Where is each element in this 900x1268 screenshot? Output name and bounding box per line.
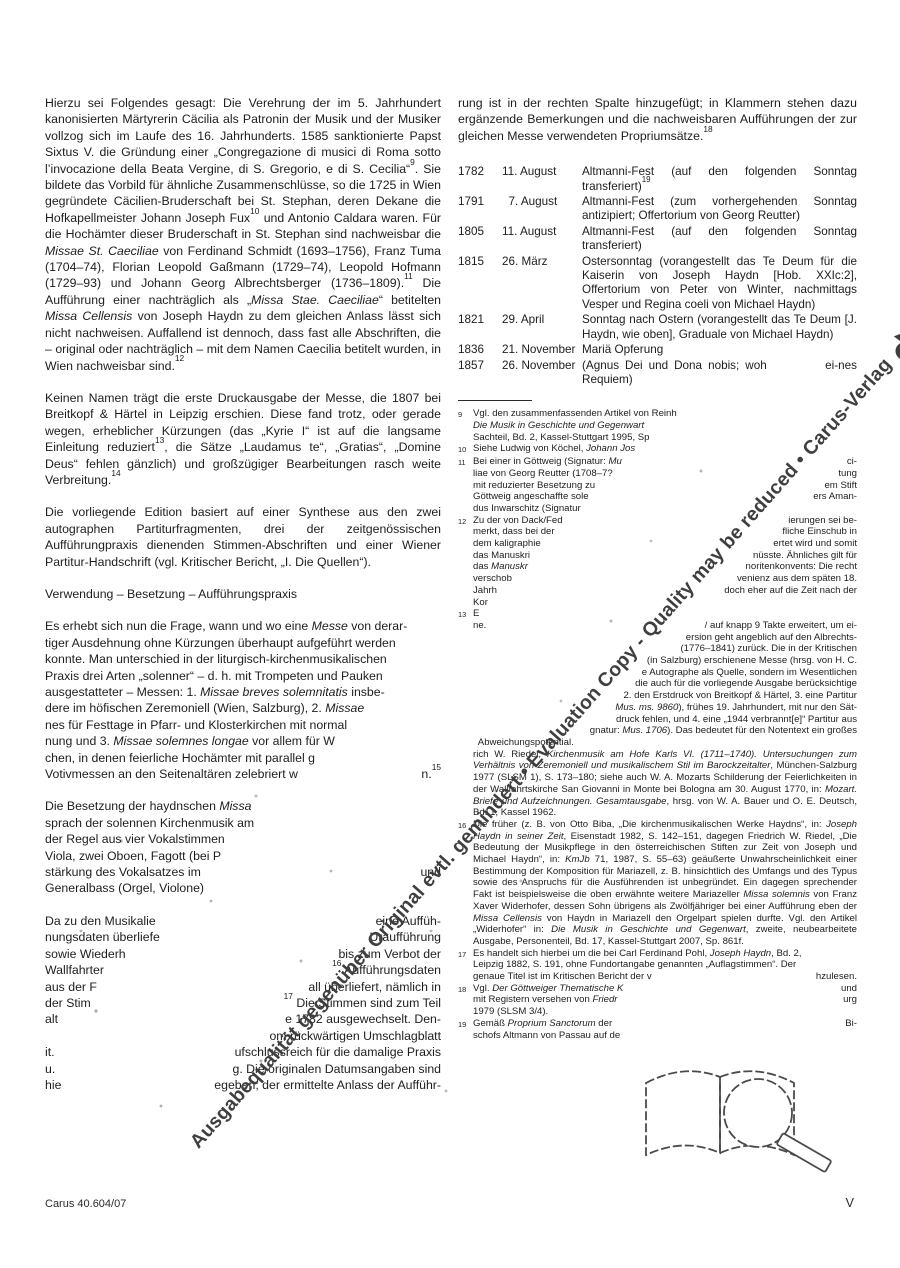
fragment-line: Viola, zwei Oboen, Fagott (bei P — [45, 848, 441, 864]
schedule-row: 178211. AugustAltmanni-Fest (auf den fol… — [458, 165, 857, 194]
fragment-left: der Regel aus vier Vokalstimmen — [45, 831, 225, 847]
fragment-left: Viola, zwei Oboen, Fagott (bei P — [45, 848, 221, 864]
schedule-row: 181526. MärzOstersonntag (vorangestellt … — [458, 255, 857, 313]
fragment-left: tiger Ausdehnung ohne Kürzungen überhaup… — [45, 635, 396, 651]
fragment-line: genaue Titel ist im Kritischen Bericht d… — [473, 971, 857, 983]
fragment-line: der Regel aus vier Vokalstimmen — [45, 831, 441, 847]
fragment-right: venienz aus dem späten 18. — [737, 573, 857, 585]
paragraph: Hierzu sei Folgendes gesagt: Die Verehru… — [45, 95, 441, 374]
schedule-row: 180511. AugustAltmanni-Fest (auf den fol… — [458, 225, 857, 254]
fragment-left: mit Registern versehen von Friedr — [473, 994, 618, 1006]
fragment-line: Die Besetzung der haydnschen Missa — [45, 798, 441, 814]
footnote-body: Vgl. Der Göttweiger Thematische Kundmit … — [473, 983, 857, 1018]
fragment-paragraph: Es erhebt sich nun die Frage, wann und w… — [45, 618, 441, 782]
fragment-left: sowie Wiederh — [45, 946, 126, 962]
fragment-left: E — [473, 608, 479, 620]
fragment-line: nes für Festtage in Pfarr- und Klosterki… — [45, 717, 441, 733]
footnote-body: Es handelt sich hierbei um die bei Carl … — [473, 948, 857, 983]
schedule-year: 1805 — [458, 225, 502, 254]
fragment-line: merkt, dass bei derfliche Einschub in — [473, 526, 857, 538]
fragment-left: Göttweig angeschaffte sole — [473, 491, 589, 503]
fragment-right: e Autographe als Quelle, sondern im Wese… — [642, 667, 857, 679]
fragment-left: stärkung des Vokalsatzes im — [45, 864, 201, 880]
paragraph: Keinen Namen trägt die erste Druckausgab… — [45, 390, 441, 488]
fragment-line: gnatur: Mus. 1706). Das bedeutet für den… — [473, 725, 857, 737]
fragment-line: stärkung des Vokalsatzes imund — [45, 864, 441, 880]
fragment-line: chen, in denen feierliche Hochämter mit … — [45, 750, 441, 766]
fragment-right: doch eher auf die Zeit nach der — [724, 585, 857, 597]
fragment-left: merkt, dass bei der — [473, 526, 555, 538]
fragment-left: Leipzig 1882, S. 191, ohne Fundortangabe… — [473, 959, 796, 971]
footnote-body: Gemäß Proprium Sanctorum derBi-schofs Al… — [473, 1018, 857, 1041]
footnote-body: ersion geht angeblich auf den Albrechts-… — [473, 632, 857, 749]
fragment-paragraph: Die Besetzung der haydnschen Missasprach… — [45, 798, 441, 896]
fragment-line: das Manuskrnoritenkonvents: Die recht — [473, 561, 857, 573]
schedule-year: 1836 — [458, 343, 502, 357]
fragment-line: Vgl. Der Göttweiger Thematische Kund — [473, 983, 857, 995]
fragment-right: noritenkonvents: Die recht — [746, 561, 857, 573]
fragment-left: chen, in denen feierliche Hochämter mit … — [45, 750, 315, 766]
fragment-left: verschob — [473, 573, 512, 585]
fragment-right: urg — [843, 994, 857, 1006]
fragment-line: sprach der solennen Kirchenmusik am — [45, 815, 441, 831]
fragment-left: nung und 3. Missae solemnes longae vor a… — [45, 733, 335, 749]
fragment-right: und — [841, 983, 857, 995]
fragment-line: die auch für die vorliegende Ausgabe ber… — [473, 678, 857, 690]
fragment-left: Die Musik in Geschichte und Gegenwart — [473, 420, 644, 432]
fragment-left: aus der F — [45, 979, 97, 995]
fragment-left: Praxis drei Arten „solenner“ – d. h. mit… — [45, 668, 383, 684]
fragment-left: dere im höfischen Zeremoniell (Wien, Sal… — [45, 700, 364, 716]
fragment-left: Es erhebt sich nun die Frage, wann und w… — [45, 618, 407, 634]
fragment-right: em Stift — [824, 480, 857, 492]
paragraph: Die vorliegende Edition basiert auf eine… — [45, 504, 441, 570]
intro-paragraph: rung ist in der rechten Spalte hinzugefü… — [458, 95, 857, 144]
schedule-year: 1782 — [458, 165, 502, 194]
fragment-left: Gemäß Proprium Sanctorum der — [473, 1018, 612, 1030]
fragment-left: liae von Georg Reutter (1708–7? — [473, 468, 613, 480]
schedule-date: 26. März — [502, 255, 582, 313]
scan-noise-speckles — [0, 0, 2, 2]
fragment-right: ers Aman- — [813, 491, 857, 503]
fragment-left: hie — [45, 1077, 61, 1093]
fragment-right: Mus. ms. 9860), frühes 19. Jahrhundert, … — [615, 702, 857, 714]
schedule-row: 1791 7. AugustAltmanni-Fest (zum vorherg… — [458, 195, 857, 224]
fragment-left: sprach der solennen Kirchenmusik am — [45, 815, 254, 831]
fragment-right: hzulesen. — [816, 971, 857, 983]
schedule-date: 11. August — [502, 165, 582, 194]
fragment-left: it. — [45, 1044, 55, 1060]
fragment-left: das Manuskr — [473, 561, 528, 573]
fragment-line: dere im höfischen Zeremoniell (Wien, Sal… — [45, 700, 441, 716]
footnote-number — [458, 632, 473, 749]
footnote-number: 11 — [458, 456, 473, 515]
schedule-date: 7. August — [502, 195, 582, 224]
fragment-right: druck fehlen, und 4. eine „1944 verbrann… — [616, 714, 857, 726]
fragment-left: Die Besetzung der haydnschen Missa — [45, 798, 251, 814]
footnotes: 9Vgl. den zusammenfassenden Artikel von … — [458, 408, 857, 1041]
schedule-row: 185726. November(Agnus Dei und Dona nobi… — [458, 359, 857, 388]
fragment-line: Mus. ms. 9860), frühes 19. Jahrhundert, … — [473, 702, 857, 714]
fragment-line: Leipzig 1882, S. 191, ohne Fundortangabe… — [473, 959, 857, 971]
fragment-left: der Stim — [45, 995, 91, 1011]
fragment-right: ersion geht angeblich auf den Albrechts- — [686, 632, 857, 644]
footnote-body: Die früher (z. B. von Otto Biba, „Die ki… — [473, 819, 857, 948]
schedule-year: 1821 — [458, 313, 502, 342]
fragment-right: / auf knapp 9 Takte erweitert, um ei- — [705, 620, 857, 632]
fragment-right: (1776–1841) zurück. Die in der Kritische… — [680, 643, 857, 655]
fragment-line: dus Inwarschitz (Signatur — [473, 503, 857, 515]
fragment-left: ausgestatteter – Messen: 1. Missae breve… — [45, 684, 385, 700]
footnote-number: 12 — [458, 515, 473, 609]
fragment-line: (1776–1841) zurück. Die in der Kritische… — [473, 643, 857, 655]
fragment-line: Es handelt sich hierbei um die bei Carl … — [473, 948, 857, 960]
fragment-right: die auch für die vorliegende Ausgabe ber… — [635, 678, 857, 690]
footer-page-number: V — [846, 1196, 854, 1210]
fragment-line: 1979 (SLSM 3/4). — [473, 1006, 857, 1018]
book-magnifier-icon — [640, 1053, 845, 1175]
fragment-left: nes für Festtage in Pfarr- und Klosterki… — [45, 717, 347, 733]
fragment-left: Es handelt sich hierbei um die bei Carl … — [473, 948, 802, 960]
fragment-line: Es erhebt sich nun die Frage, wann und w… — [45, 618, 441, 634]
fragment-left: Sachteil, Bd. 2, Kassel-Stuttgart 1995, … — [473, 432, 650, 444]
fragment-left: Vgl. den zusammenfassenden Artikel von R… — [473, 408, 677, 420]
footnote: 18Vgl. Der Göttweiger Thematische Kundmi… — [458, 983, 857, 1018]
fragment-line: Praxis drei Arten „solenner“ – d. h. mit… — [45, 668, 441, 684]
footnote: 16Die früher (z. B. von Otto Biba, „Die … — [458, 819, 857, 948]
fragment-line: 2. den Erstdruck von Breitkopf & Härtel,… — [473, 690, 857, 702]
fragment-line: dem kaligraphieertet wird und somit — [473, 538, 857, 550]
fragment-line: mit Registern versehen von Friedrurg — [473, 994, 857, 1006]
fragment-right: gnatur: Mus. 1706). Das bedeutet für den… — [590, 725, 857, 737]
fragment-line: Zu der von Dack/Fedierungen sei be- — [473, 515, 857, 527]
fragment-right: (in Salzburg) erschienene Messe (hrsg. v… — [647, 655, 857, 667]
footer-catalog-number: Carus 40.604/07 — [45, 1198, 126, 1210]
fragment-line: verschobvenienz aus dem späten 18. — [473, 573, 857, 585]
schedule-date: 21. November — [502, 343, 582, 357]
fragment-line: druck fehlen, und 4. eine „1944 verbrann… — [473, 714, 857, 726]
fragment-left: ne. — [473, 620, 486, 632]
footnote: 19Gemäß Proprium Sanctorum derBi-schofs … — [458, 1018, 857, 1041]
fragment-line: tiger Ausdehnung ohne Kürzungen überhaup… — [45, 635, 441, 651]
fragment-left: dem kaligraphie — [473, 538, 541, 550]
fragment-line: Gemäß Proprium Sanctorum derBi- — [473, 1018, 857, 1030]
footnote: 12Zu der von Dack/Fedierungen sei be-mer… — [458, 515, 857, 609]
fragment-line: konnte. Man unterschied in der liturgisc… — [45, 651, 441, 667]
fragment-line: das Manuskrinüsste. Ähnliches gilt für — [473, 550, 857, 562]
footnote-number: 9 — [458, 408, 473, 443]
footnote-number: 13 — [458, 608, 473, 631]
fragment-line: Generalbass (Orgel, Violone) — [45, 880, 441, 896]
fragment-left: 1979 (SLSM 3/4). — [473, 1006, 548, 1018]
fragment-line: alte 1782 ausgewechselt. Den- — [45, 1011, 441, 1027]
fragment-line: e Autographe als Quelle, sondern im Wese… — [473, 667, 857, 679]
fragment-line: Wallfahrter16 Aufführungsdaten — [45, 962, 441, 978]
schedule-year: 1857 — [458, 359, 502, 388]
fragment-left: Generalbass (Orgel, Violone) — [45, 880, 204, 896]
schedule-row: 183621. NovemberMariä Opferung — [458, 343, 857, 357]
fragment-left: Wallfahrter — [45, 962, 104, 978]
footnote: 17Es handelt sich hierbei um die bei Car… — [458, 948, 857, 983]
fragment-line: der Stim17 Die Stimmen sind zum Teil — [45, 995, 441, 1011]
right-column: rung ist in der rechten Spalte hinzugefü… — [458, 95, 857, 1041]
fragment-right: ierungen sei be- — [788, 515, 857, 527]
schedule-row: 182129. AprilSonntag nach Ostern (vorang… — [458, 313, 857, 342]
fragment-left: Vgl. Der Göttweiger Thematische K — [473, 983, 623, 995]
fragment-line: Die Musik in Geschichte und Gegenwart — [473, 420, 857, 432]
footnote-number: 18 — [458, 983, 473, 1018]
fragment-left: Votivmessen an den Seitenaltären zelebri… — [45, 766, 298, 782]
fragment-left: genaue Titel ist im Kritischen Bericht d… — [473, 971, 652, 983]
schedule-date: 29. April — [502, 313, 582, 342]
fragment-left: u. — [45, 1061, 55, 1077]
fragment-left: konnte. Man unterschied in der liturgisc… — [45, 651, 387, 667]
footnote-number: 19 — [458, 1018, 473, 1041]
fragment-right: Bi- — [845, 1018, 857, 1030]
schedule-description: Ostersonntag (vorangestellt das Te Deum … — [582, 255, 857, 313]
fragment-line: it.ufschlussreich für die damalige Praxi… — [45, 1044, 441, 1060]
schedule-year: 1791 — [458, 195, 502, 224]
schedule-description: (Agnus Dei und Dona nobis; woh ei-nes Re… — [582, 359, 857, 388]
fragment-right: fliche Einschub in — [782, 526, 857, 538]
fragment-left: mit reduzierter Besetzung zu — [473, 480, 595, 492]
fragment-left: das Manuskri — [473, 550, 530, 562]
section-heading: Verwendung – Besetzung – Aufführungsprax… — [45, 586, 441, 602]
schedule-description: Altmanni-Fest (auf den folgenden Sonntag… — [582, 165, 857, 194]
schedule-description: Altmanni-Fest (auf den folgenden Sonntag… — [582, 225, 857, 254]
fragment-left: Da zu den Musikalie — [45, 913, 156, 929]
schedule-description: Altmanni-Fest (zum vorhergehenden Sonnta… — [582, 195, 857, 224]
schedule-description: Sonntag nach Ostern (vorangestellt das T… — [582, 313, 857, 342]
fragment-left: alt — [45, 1011, 58, 1027]
fragment-line: Votivmessen an den Seitenaltären zelebri… — [45, 766, 441, 782]
fragment-left: schofs Altmann von Passau auf de — [473, 1030, 620, 1042]
fragment-line: schofs Altmann von Passau auf de — [473, 1030, 857, 1042]
fragment-right: nüsste. Ähnliches gilt für — [753, 550, 857, 562]
fragment-right: n.15 — [421, 766, 441, 782]
fragment-line: (in Salzburg) erschienene Messe (hrsg. v… — [473, 655, 857, 667]
performance-date-table: 178211. AugustAltmanni-Fest (auf den fol… — [458, 165, 857, 387]
fragment-right: ci- — [847, 456, 857, 468]
footnote-separator-rule — [458, 400, 532, 401]
fragment-line: nung und 3. Missae solemnes longae vor a… — [45, 733, 441, 749]
schedule-date: 11. August — [502, 225, 582, 254]
fragment-left: Kor — [473, 597, 488, 609]
fragment-left: nungsdaten überliefe — [45, 929, 160, 945]
schedule-date: 26. November — [502, 359, 582, 388]
fragment-line: Göttweig angeschaffte soleers Aman- — [473, 491, 857, 503]
footnote-number: 17 — [458, 948, 473, 983]
fragment-line: aus der Fall überliefert, nämlich in — [45, 979, 441, 995]
fragment-left: Bei einer in Göttweig (Signatur: Mu — [473, 456, 622, 468]
fragment-right: 2. den Erstdruck von Breitkopf & Härtel,… — [623, 690, 857, 702]
schedule-description: Mariä Opferung — [582, 343, 857, 357]
footnote-number: 10 — [458, 443, 473, 456]
fragment-right: tung — [838, 468, 857, 480]
fragment-line: Vgl. den zusammenfassenden Artikel von R… — [473, 408, 857, 420]
fragment-line: om rückwärtigen Umschlagblatt — [45, 1028, 441, 1044]
footnote: ersion geht angeblich auf den Albrechts-… — [458, 632, 857, 749]
fragment-left: Jahrh — [473, 585, 497, 597]
fragment-line: ausgestatteter – Messen: 1. Missae breve… — [45, 684, 441, 700]
fragment-right: ertet wird und somit — [773, 538, 857, 550]
schedule-year: 1815 — [458, 255, 502, 313]
fragment-left: Siehe Ludwig von Köchel, Johann Jos — [473, 443, 635, 455]
scanned-preface-page: Hierzu sei Folgendes gesagt: Die Verehru… — [0, 0, 900, 1268]
fragment-left: dus Inwarschitz (Signatur — [473, 503, 581, 515]
fragment-left: Zu der von Dack/Fed — [473, 515, 563, 527]
